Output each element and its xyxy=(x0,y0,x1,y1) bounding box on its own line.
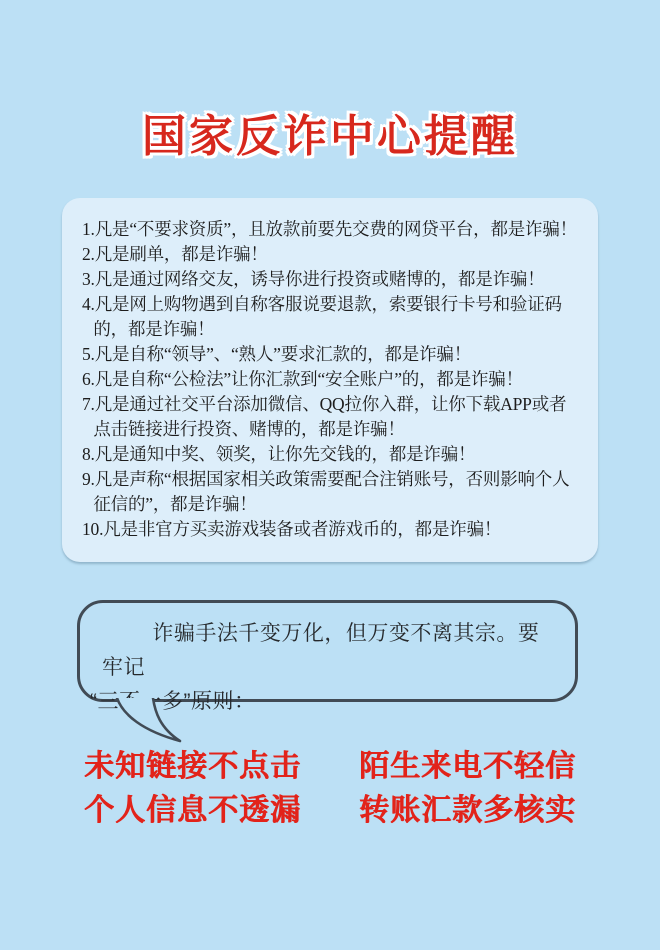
slogan-row-1: 未知链接不点击 陌生来电不轻信 xyxy=(84,748,576,786)
reminder-item-8: 8.凡是通知中奖、领奖，让你先交钱的，都是诈骗！ xyxy=(82,442,580,467)
slogan-row-2: 个人信息不透漏 转账汇款多核实 xyxy=(84,792,576,830)
poster-title: 国家反诈中心提醒 xyxy=(0,100,660,164)
reminder-item-9: 9.凡是声称“根据国家相关政策需要配合注销账号，否则影响个人征信的”，都是诈骗！ xyxy=(82,467,580,517)
slogan-unknown-links: 未知链接不点击 xyxy=(84,748,301,786)
reminder-item-1: 1.凡是“不要求资质”，且放款前要先交费的网贷平台，都是诈骗！ xyxy=(82,217,580,242)
reminder-item-6: 6.凡是自称“公检法”让你汇款到“安全账户”的，都是诈骗！ xyxy=(82,367,580,392)
reminder-item-5: 5.凡是自称“领导”、“熟人”要求汇款的，都是诈骗！ xyxy=(82,342,580,367)
slogan-stranger-calls: 陌生来电不轻信 xyxy=(359,748,576,786)
slogan-transfer-verify: 转账汇款多核实 xyxy=(359,792,576,830)
bubble-text-line-1: 诈骗手法千变万化，但万变不离其宗。要牢记 xyxy=(102,617,555,685)
reminder-item-4: 4.凡是网上购物遇到自称客服说要退款，索要银行卡号和验证码的，都是诈骗！ xyxy=(82,292,580,342)
slogan-block: 未知链接不点击 陌生来电不轻信 个人信息不透漏 转账汇款多核实 xyxy=(0,748,660,830)
speech-bubble-tail xyxy=(95,698,195,748)
anti-fraud-poster: 国家反诈中心提醒 1.凡是“不要求资质”，且放款前要先交费的网贷平台，都是诈骗！… xyxy=(0,0,660,950)
reminder-card: 1.凡是“不要求资质”，且放款前要先交费的网贷平台，都是诈骗！ 2.凡是刷单，都… xyxy=(62,198,598,562)
reminder-item-10: 10.凡是非官方买卖游戏装备或者游戏币的，都是诈骗！ xyxy=(82,517,580,542)
speech-bubble: 诈骗手法千变万化，但万变不离其宗。要牢记 “三不一多”原则： xyxy=(77,600,578,702)
reminder-item-3: 3.凡是通过网络交友，诱导你进行投资或赌博的，都是诈骗！ xyxy=(82,267,580,292)
slogan-personal-info: 个人信息不透漏 xyxy=(84,792,301,830)
reminder-item-7: 7.凡是通过社交平台添加微信、QQ拉你入群，让你下载APP或者点击链接进行投资、… xyxy=(82,392,580,442)
reminder-item-2: 2.凡是刷单，都是诈骗！ xyxy=(82,242,580,267)
